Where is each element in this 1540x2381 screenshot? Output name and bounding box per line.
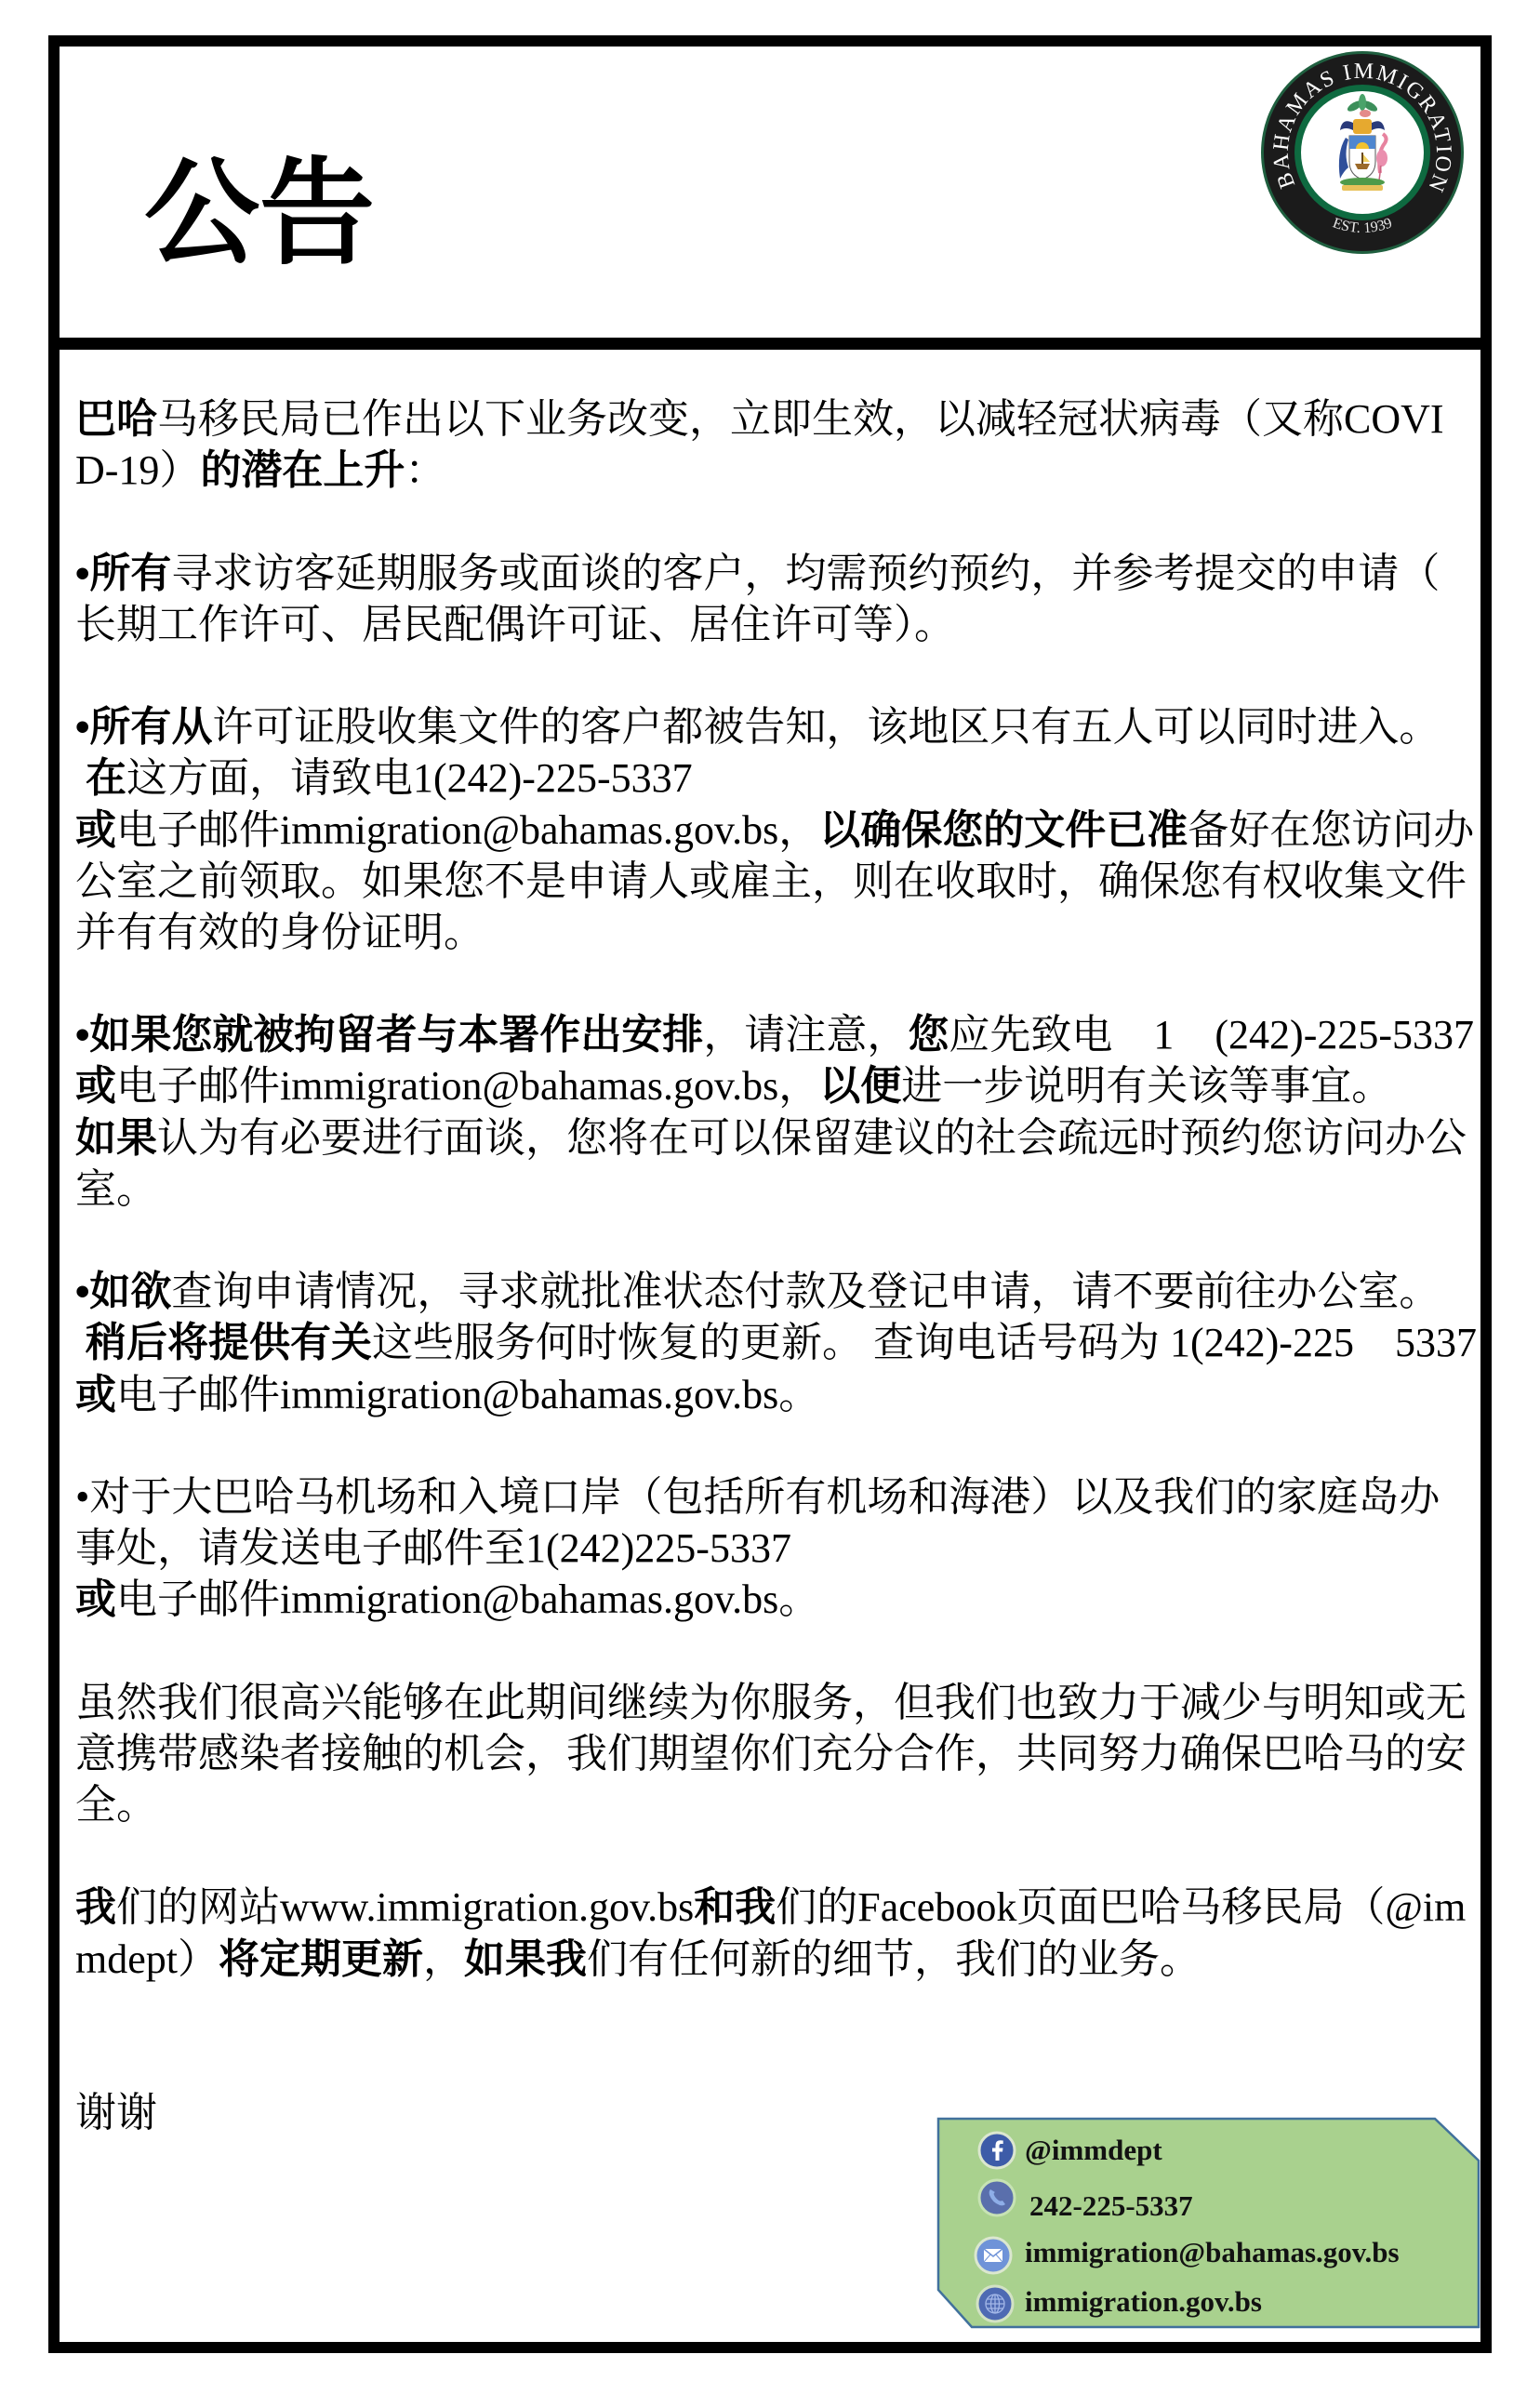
text: 认为有必要进行面谈，您将在可以保留建议的社会疏远时预约您访问办公 xyxy=(157,1115,1467,1161)
bullet-document-collection: •所有从许可证股收集文件的客户都被告知，该地区只有五人可以同时进入。 在这方面，… xyxy=(75,701,1470,958)
globe-icon xyxy=(975,2283,1016,2324)
bold-text: 在 xyxy=(86,755,126,801)
bold-text: 和我 xyxy=(694,1884,776,1930)
email-icon xyxy=(973,2235,1014,2276)
text: 电子邮件immigration@bahamas.gov.bs， xyxy=(116,807,819,853)
text-line: 或电子邮件immigration@bahamas.gov.bs。 xyxy=(75,1574,1470,1625)
text: 寻求访客延期服务或面谈的客户，均需预约预约，并参考提交的申请（ xyxy=(171,551,1440,596)
text-line: 我们的网站www.immigration.gov.bs和我们的Facebook页… xyxy=(75,1882,1470,1933)
bold-text: 或 xyxy=(75,1063,116,1109)
bold-text: 或 xyxy=(75,807,116,853)
text: ： xyxy=(405,447,445,493)
header-divider xyxy=(60,338,1480,350)
bold-text: •所有 xyxy=(75,551,171,596)
facebook-icon xyxy=(976,2130,1017,2171)
bold-text: 巴哈 xyxy=(75,396,157,442)
text: 室。 xyxy=(75,1166,157,1212)
text-line: •如果您就被拘留者与本署作出安排，请注意，您应先致电 1 (242)-225-5… xyxy=(75,1009,1470,1060)
bold-text: 或 xyxy=(75,1372,116,1417)
bold-text: 的潜在上升 xyxy=(200,447,405,493)
text: 马移民局已作出以下业务改变，立即生效，以减轻冠状病毒（又称COVI xyxy=(157,396,1444,442)
contact-facebook-handle: @immdept xyxy=(1025,2135,1162,2164)
bold-text: 稍后将提供有关 xyxy=(86,1320,372,1365)
bold-text: 我 xyxy=(75,1884,116,1930)
text-line: •所有寻求访客延期服务或面谈的客户，均需预约预约，并参考提交的申请（ xyxy=(75,548,1470,599)
text: 电子邮件immigration@bahamas.gov.bs， xyxy=(116,1063,819,1109)
bullet-detainees: •如果您就被拘留者与本署作出安排，请注意，您应先致电 1 (242)-225-5… xyxy=(75,1009,1470,1215)
text-line: 稍后将提供有关这些服务何时恢复的更新。 查询电话号码为 1(242)-225 5… xyxy=(75,1317,1470,1368)
notice-body: 巴哈马移民局已作出以下业务改变，立即生效，以减轻冠状病毒（又称COVI D-19… xyxy=(75,393,1470,2190)
text: •对于大巴哈马机场和入境口岸（包括所有机场和海港）以及我们的家庭岛办 xyxy=(75,1474,1440,1520)
text-line: 或电子邮件immigration@bahamas.gov.bs。 xyxy=(75,1369,1470,1420)
bold-text: 或 xyxy=(75,1576,116,1622)
contact-phone-number: 242-225-5337 xyxy=(1029,2191,1193,2220)
phone-icon xyxy=(976,2177,1017,2218)
text: 进一步说明有关该等事宜。 xyxy=(901,1063,1392,1109)
text-line: 室。 xyxy=(75,1164,1470,1215)
bullet-airports-ports: •对于大巴哈马机场和入境口岸（包括所有机场和海港）以及我们的家庭岛办 事处，请发… xyxy=(75,1471,1470,1626)
text-line: 全。 xyxy=(75,1779,1470,1830)
bold-text: •如果您就被拘留者与本署作出安排 xyxy=(75,1012,703,1057)
text: 电子邮件immigration@bahamas.gov.bs。 xyxy=(116,1372,819,1417)
text-line: 巴哈马移民局已作出以下业务改变，立即生效，以减轻冠状病毒（又称COVI xyxy=(75,393,1470,445)
contact-website: immigration.gov.bs xyxy=(1025,2287,1262,2316)
text xyxy=(75,1320,86,1365)
text-line: 意携带感染者接触的机会，我们期望你们充分合作，共同努力确保巴哈马的安 xyxy=(75,1728,1470,1779)
thanks-text: 谢谢 xyxy=(75,2090,157,2135)
bullet-appointments: •所有寻求访客延期服务或面谈的客户，均需预约预约，并参考提交的申请（ 长期工作许… xyxy=(75,548,1470,650)
text: 长期工作许可、居民配偶许可证、居住许可等）。 xyxy=(75,602,955,647)
text: 事处，请发送电子邮件至1(242)225-5337 xyxy=(75,1525,791,1571)
text: 备好在您访问办 xyxy=(1188,807,1474,853)
updates-paragraph: 我们的网站www.immigration.gov.bs和我们的Facebook页… xyxy=(75,1882,1470,1984)
bold-text: 将定期更新 xyxy=(219,1936,423,1982)
text-line: D-19）的潜在上升： xyxy=(75,445,1470,496)
text: 并有有效的身份证明。 xyxy=(75,910,485,955)
text: ， xyxy=(423,1936,464,1982)
text: 意携带感染者接触的机会，我们期望你们充分合作，共同努力确保巴哈马的安 xyxy=(75,1731,1467,1776)
bold-text: 您 xyxy=(908,1012,949,1057)
text-line: 在这方面，请致电1(242)-225-5337 xyxy=(75,752,1470,804)
intro-paragraph: 巴哈马移民局已作出以下业务改变，立即生效，以减轻冠状病毒（又称COVI D-19… xyxy=(75,393,1470,496)
text: 这方面，请致电1(242)-225-5337 xyxy=(126,755,693,801)
bold-text: 如果我 xyxy=(464,1936,587,1982)
text: 们有任何新的细节，我们的业务。 xyxy=(587,1936,1201,1982)
text: 虽然我们很高兴能够在此期间继续为你服务，但我们也致力于减少与明知或无 xyxy=(75,1680,1467,1725)
text: 全。 xyxy=(75,1782,157,1828)
text: mdept） xyxy=(75,1936,219,1982)
text-line: 并有有效的身份证明。 xyxy=(75,907,1470,958)
text: 电子邮件immigration@bahamas.gov.bs。 xyxy=(116,1576,819,1622)
text-line: 事处，请发送电子邮件至1(242)225-5337 xyxy=(75,1523,1470,1574)
text: D-19） xyxy=(75,447,200,493)
text-line: 长期工作许可、居民配偶许可证、居住许可等）。 xyxy=(75,599,1470,650)
page-title: 公告 xyxy=(144,156,375,272)
text-line: 或电子邮件immigration@bahamas.gov.bs，以确保您的文件已… xyxy=(75,805,1470,856)
bullet-application-status: •如欲查询申请情况，寻求就批准状态付款及登记申请，请不要前往办公室。 稍后将提供… xyxy=(75,1266,1470,1420)
contact-email: immigration@bahamas.gov.bs xyxy=(1025,2238,1400,2267)
bahamas-immigration-logo: BAHAMAS IMMIGRATION EST. 1939 xyxy=(1260,50,1465,255)
text: 们的网站www.immigration.gov.bs xyxy=(116,1884,694,1930)
text: 们的Facebook页面巴哈马移民局（@im xyxy=(776,1884,1466,1930)
text-line: •对于大巴哈马机场和入境口岸（包括所有机场和海港）以及我们的家庭岛办 xyxy=(75,1471,1470,1523)
text-line: •所有从许可证股收集文件的客户都被告知，该地区只有五人可以同时进入。 xyxy=(75,701,1470,752)
closing-paragraph: 虽然我们很高兴能够在此期间继续为你服务，但我们也致力于减少与明知或无 意携带感染… xyxy=(75,1677,1470,1831)
text: 应先致电 1 (242)-225-5337 xyxy=(949,1012,1474,1057)
text-line: 公室之前领取。如果您不是申请人或雇主，则在收取时，确保您有权收集文件 xyxy=(75,856,1470,907)
text xyxy=(75,755,86,801)
bold-text: 如果 xyxy=(75,1115,157,1161)
bold-text: •所有从 xyxy=(75,704,212,750)
text: 许可证股收集文件的客户都被告知，该地区只有五人可以同时进入。 xyxy=(212,704,1440,750)
bold-text: 以便 xyxy=(819,1063,901,1109)
text: ，请注意， xyxy=(703,1012,908,1057)
bold-text: 以确保您的文件已准 xyxy=(819,807,1188,853)
text-line: 或电子邮件immigration@bahamas.gov.bs，以便进一步说明有… xyxy=(75,1060,1470,1111)
text: 查询申请情况，寻求就批准状态付款及登记申请，请不要前往办公室。 xyxy=(171,1269,1440,1314)
text-line: 如果认为有必要进行面谈，您将在可以保留建议的社会疏远时预约您访问办公 xyxy=(75,1112,1470,1164)
text-line: •如欲查询申请情况，寻求就批准状态付款及登记申请，请不要前往办公室。 xyxy=(75,1266,1470,1317)
bold-text: •如欲 xyxy=(75,1269,171,1314)
text-line: 虽然我们很高兴能够在此期间继续为你服务，但我们也致力于减少与明知或无 xyxy=(75,1677,1470,1728)
text: 这些服务何时恢复的更新。 查询电话号码为 1(242)-225 5337 xyxy=(372,1320,1477,1365)
text-line: mdept）将定期更新，如果我们有任何新的细节，我们的业务。 xyxy=(75,1934,1470,1985)
text: 公室之前领取。如果您不是申请人或雇主，则在收取时，确保您有权收集文件 xyxy=(75,858,1467,904)
